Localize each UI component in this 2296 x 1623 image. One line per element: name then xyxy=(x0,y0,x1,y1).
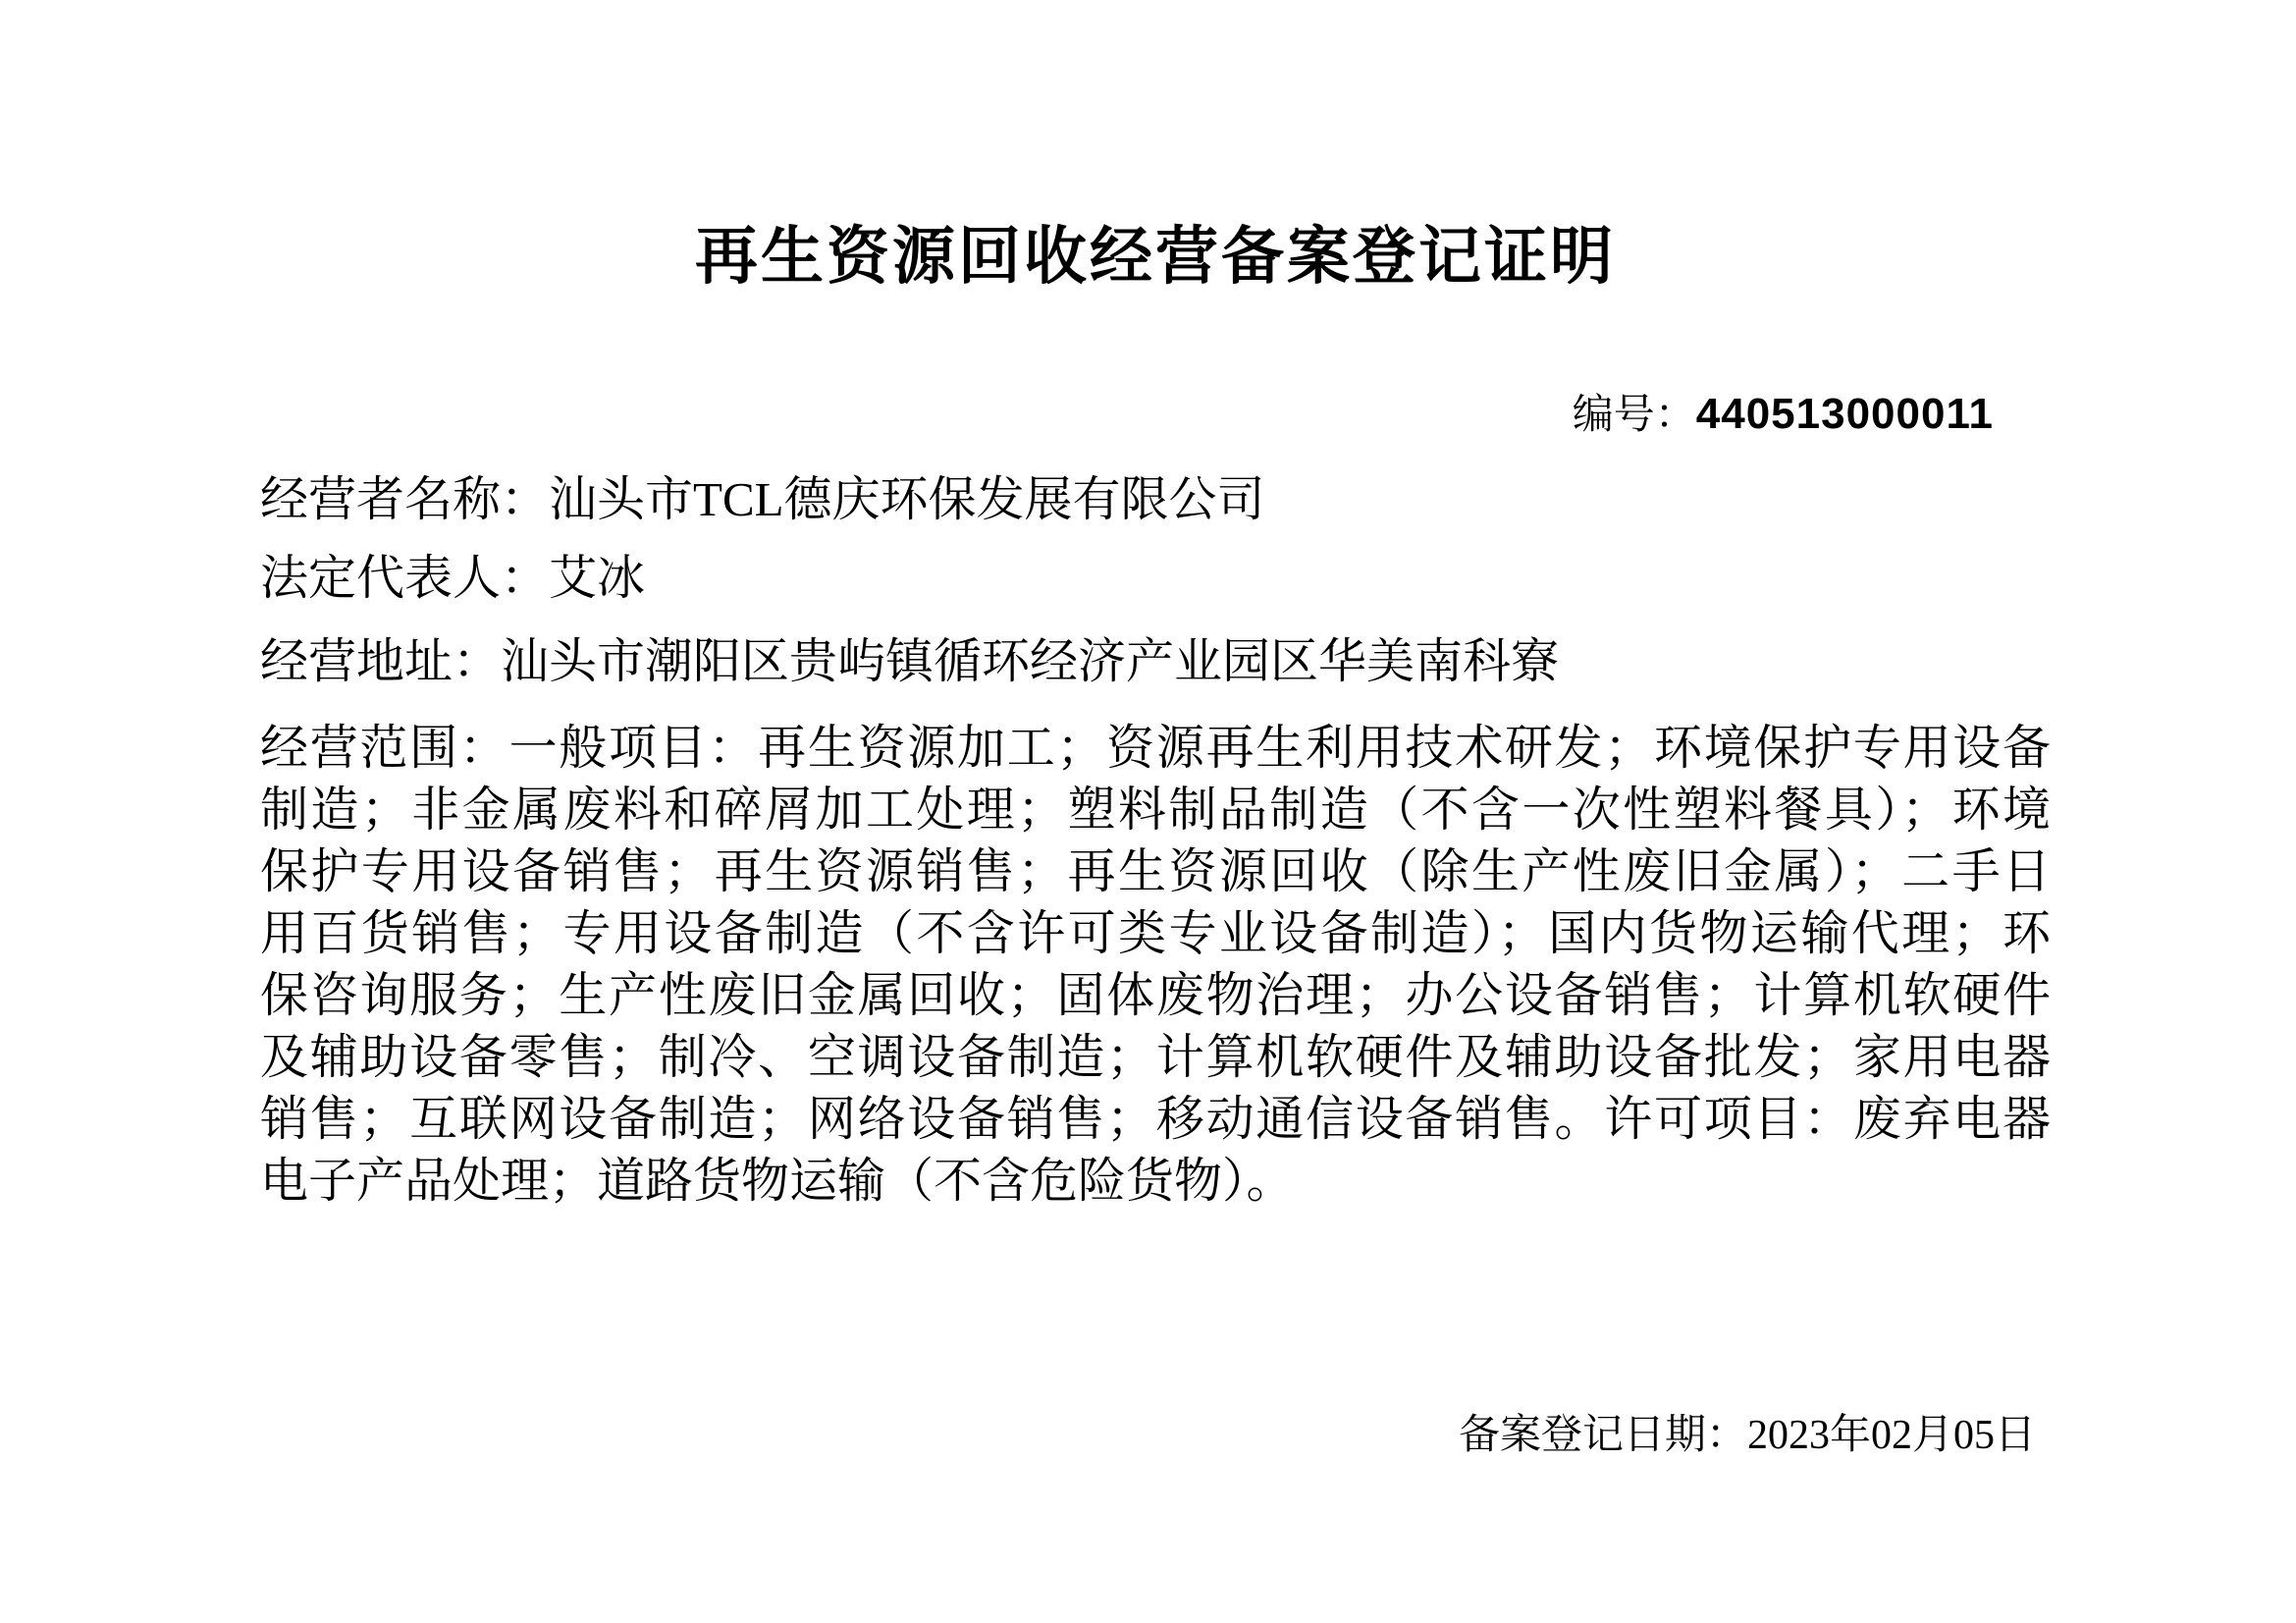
serial-row: 编号：440513000011 xyxy=(260,387,2051,443)
operator-name-row: 经营者名称：汕头市TCL德庆环保发展有限公司 xyxy=(260,468,2051,530)
certificate-page: 再生资源回收经营备案登记证明 编号：440513000011 经营者名称：汕头市… xyxy=(0,0,2296,1623)
business-scope-line-1: 经营范围：一般项目：再生资源加工；资源再生利用技术研发；环境保护专用设备 xyxy=(260,717,2051,779)
serial-number: 440513000011 xyxy=(1696,390,1994,438)
registration-date-label: 备案登记日期： xyxy=(1459,1413,1747,1458)
business-scope-line-3: 保护专用设备销售；再生资源销售；再生资源回收（除生产性废旧金属）；二手日 xyxy=(260,840,2051,902)
business-scope-line-8: 电子产品处理；道路货物运输（不含危险货物）。 xyxy=(260,1150,2051,1212)
operator-name-value: 汕头市TCL德庆环保发展有限公司 xyxy=(549,472,1265,526)
business-scope-line-7: 销售；互联网设备制造；网络设备销售；移动通信设备销售。许可项目：废弃电器 xyxy=(260,1088,2051,1150)
business-scope-line-2: 制造；非金属废料和碎屑加工处理；塑料制品制造（不含一次性塑料餐具）；环境 xyxy=(260,779,2051,840)
business-scope-line-6: 及辅助设备零售；制冷、空调设备制造；计算机软硬件及辅助设备批发；家用电器 xyxy=(260,1026,2051,1088)
legal-representative-row: 法定代表人：艾冰 xyxy=(260,547,2051,609)
business-address-row: 经营地址：汕头市潮阳区贵屿镇循环经济产业园区华美南科寮 xyxy=(260,630,2051,692)
business-address-label: 经营地址： xyxy=(260,634,501,688)
certificate-title: 再生资源回收经营备案登记证明 xyxy=(260,216,2051,298)
business-scope-line-4: 用百货销售；专用设备制造（不含许可类专业设备制造）；国内货物运输代理；环 xyxy=(260,902,2051,964)
operator-name-label: 经营者名称： xyxy=(260,472,549,526)
business-address-value: 汕头市潮阳区贵屿镇循环经济产业园区华美南科寮 xyxy=(501,634,1559,688)
registration-date-value: 2023年02月05日 xyxy=(1747,1413,2036,1458)
legal-representative-label: 法定代表人： xyxy=(260,551,549,605)
legal-representative-value: 艾冰 xyxy=(549,551,645,605)
business-scope: 经营范围：一般项目：再生资源加工；资源再生利用技术研发；环境保护专用设备 制造；… xyxy=(260,717,2051,1212)
serial-label: 编号： xyxy=(1573,393,1696,438)
business-scope-line-5: 保咨询服务；生产性废旧金属回收；固体废物治理；办公设备销售；计算机软硬件 xyxy=(260,964,2051,1026)
registration-date-row: 备案登记日期：2023年02月05日 xyxy=(260,1409,2051,1463)
